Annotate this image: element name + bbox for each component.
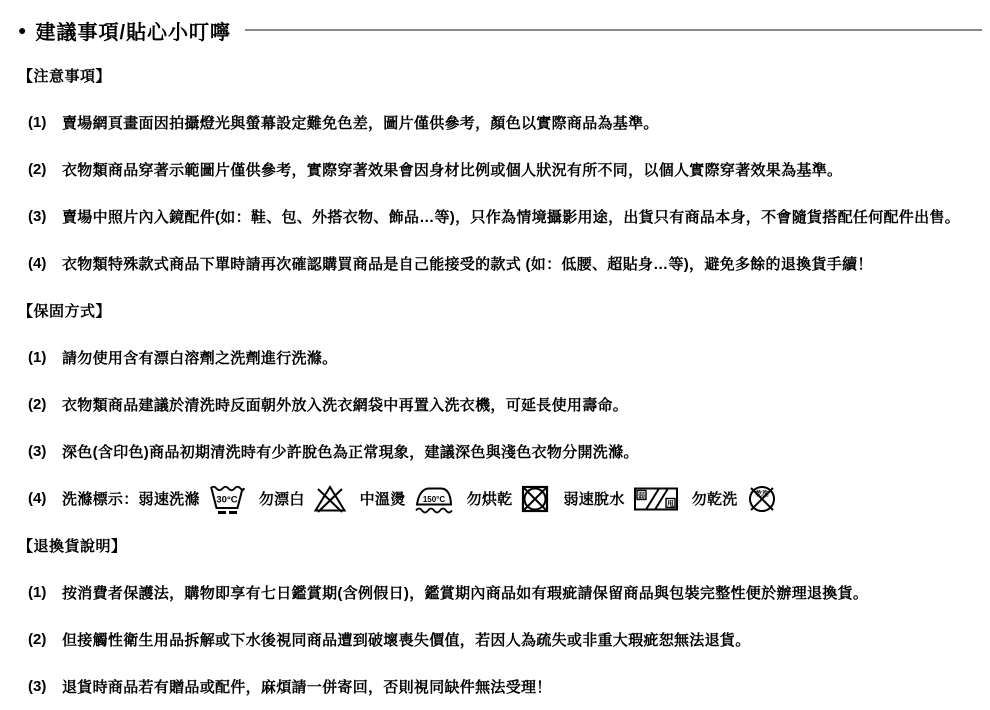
item-number: (3) <box>28 208 62 225</box>
wash-tub-30c-icon: 30°C <box>208 482 246 515</box>
item-number: (1) <box>28 114 62 131</box>
list-item: (1) 賣場網頁畫面因拍攝燈光與螢幕設定難免色差，圖片僅供參考，顏色以實際商品為… <box>18 99 984 146</box>
svg-text:30°C: 30°C <box>216 495 237 506</box>
page-header: ● 建議事項/貼心小叮嚀 <box>18 8 984 52</box>
list-item: (3) 深色(含印色)商品初期清洗時有少許脫色為正常現象，建議深色與淺色衣物分開… <box>18 428 984 475</box>
care-symbol: 弱速脫水 弱 甩 <box>563 485 678 513</box>
care-symbol: 勿烘乾 <box>467 484 551 514</box>
care-symbol-label: 勿乾洗 <box>692 488 738 509</box>
list-item: (1) 請勿使用含有漂白溶劑之洗劑進行洗滌。 <box>18 334 984 381</box>
list-item: (1) 按消費者保護法，購物即享有七日鑑賞期(含例假日)，鑑賞期內商品如有瑕疵請… <box>18 569 984 616</box>
item-number: (4) <box>28 490 62 507</box>
item-text: 洗滌標示： <box>62 488 139 509</box>
no-dry-clean-icon: 乾洗 <box>746 483 778 515</box>
no-tumble-dry-icon <box>520 484 550 514</box>
care-symbol-label: 中溫燙 <box>360 488 406 509</box>
care-symbol-label: 弱速洗滌 <box>139 488 200 509</box>
section-heading-notice: 【注意事項】 <box>18 52 984 99</box>
list-item: (3) 退貨時商品若有贈品或配件，麻煩請一併寄回，否則視同缺件無法受理！ <box>18 663 984 710</box>
section-heading-returns: 【退換貨說明】 <box>18 522 984 569</box>
item-text: 賣場中照片內入鏡配件(如：鞋、包、外搭衣物、飾品…等)，只作為情境攝影用途，出貨… <box>62 206 960 227</box>
item-text: 深色(含印色)商品初期清洗時有少許脫色為正常現象，建議深色與淺色衣物分開洗滌。 <box>62 441 639 462</box>
care-symbol: 勿漂白 <box>259 483 347 514</box>
item-number: (2) <box>28 161 62 178</box>
no-bleach-icon <box>313 483 347 514</box>
iron-150c-icon: 150°C <box>414 483 454 514</box>
list-item: (2) 衣物類商品建議於清洗時反面朝外放入洗衣網袋中再置入洗衣機，可延長使用壽命… <box>18 381 984 428</box>
item-text: 衣物類商品穿著示範圖片僅供參考，實際穿著效果會因身材比例或個人狀況有所不同，以個… <box>62 159 842 180</box>
svg-text:150°C: 150°C <box>422 495 445 504</box>
item-text: 請勿使用含有漂白溶劑之洗劑進行洗滌。 <box>62 347 337 368</box>
item-text: 衣物類特殊款式商品下單時請再次確認購買商品是自己能接受的款式 (如：低腰、超貼身… <box>62 253 873 274</box>
care-symbol-label: 勿漂白 <box>259 488 305 509</box>
item-number: (4) <box>28 255 62 272</box>
care-symbol: 弱速洗滌 30°C <box>139 482 246 515</box>
weak-spin-icon: 弱 甩 <box>633 485 679 513</box>
section-heading-warranty: 【保固方式】 <box>18 287 984 334</box>
care-symbol-label: 勿烘乾 <box>467 488 513 509</box>
item-number: (3) <box>28 678 62 695</box>
care-symbol-label: 弱速脫水 <box>563 488 624 509</box>
item-text: 退貨時商品若有贈品或配件，麻煩請一併寄回，否則視同缺件無法受理！ <box>62 676 552 697</box>
item-number: (1) <box>28 349 62 366</box>
item-text: 賣場網頁畫面因拍攝燈光與螢幕設定難免色差，圖片僅供參考，顏色以實際商品為基準。 <box>62 112 659 133</box>
care-symbol: 中溫燙 150°C <box>360 483 454 514</box>
item-number: (2) <box>28 396 62 413</box>
item-number: (3) <box>28 443 62 460</box>
list-item: (2) 但接觸性衛生用品拆解或下水後視同商品遭到破壞喪失價值，若因人為疏失或非重… <box>18 616 984 663</box>
notice-page: ● 建議事項/貼心小叮嚀 【注意事項】 (1) 賣場網頁畫面因拍攝燈光與螢幕設定… <box>0 0 990 710</box>
svg-text:弱: 弱 <box>638 490 645 499</box>
svg-text:甩: 甩 <box>666 498 674 507</box>
care-symbol: 勿乾洗 乾洗 <box>692 483 778 515</box>
item-number: (2) <box>28 631 62 648</box>
list-item: (3) 賣場中照片內入鏡配件(如：鞋、包、外搭衣物、飾品…等)，只作為情境攝影用… <box>18 193 984 240</box>
item-text: 按消費者保護法，購物即享有七日鑑賞期(含例假日)，鑑賞期內商品如有瑕疵請保留商品… <box>62 582 868 603</box>
bullet-icon: ● <box>18 23 26 37</box>
list-item: (2) 衣物類商品穿著示範圖片僅供參考，實際穿著效果會因身材比例或個人狀況有所不… <box>18 146 984 193</box>
item-text: 但接觸性衛生用品拆解或下水後視同商品遭到破壞喪失價值，若因人為疏失或非重大瑕疵恕… <box>62 629 751 650</box>
divider <box>245 29 982 31</box>
page-title: 建議事項/貼心小叮嚀 <box>35 16 231 45</box>
care-symbols-row: (4) 洗滌標示： 弱速洗滌 30°C 勿漂白 中溫燙 <box>18 475 984 522</box>
item-number: (1) <box>28 584 62 601</box>
item-text: 衣物類商品建議於清洗時反面朝外放入洗衣網袋中再置入洗衣機，可延長使用壽命。 <box>62 394 628 415</box>
list-item: (4) 衣物類特殊款式商品下單時請再次確認購買商品是自己能接受的款式 (如：低腰… <box>18 240 984 287</box>
